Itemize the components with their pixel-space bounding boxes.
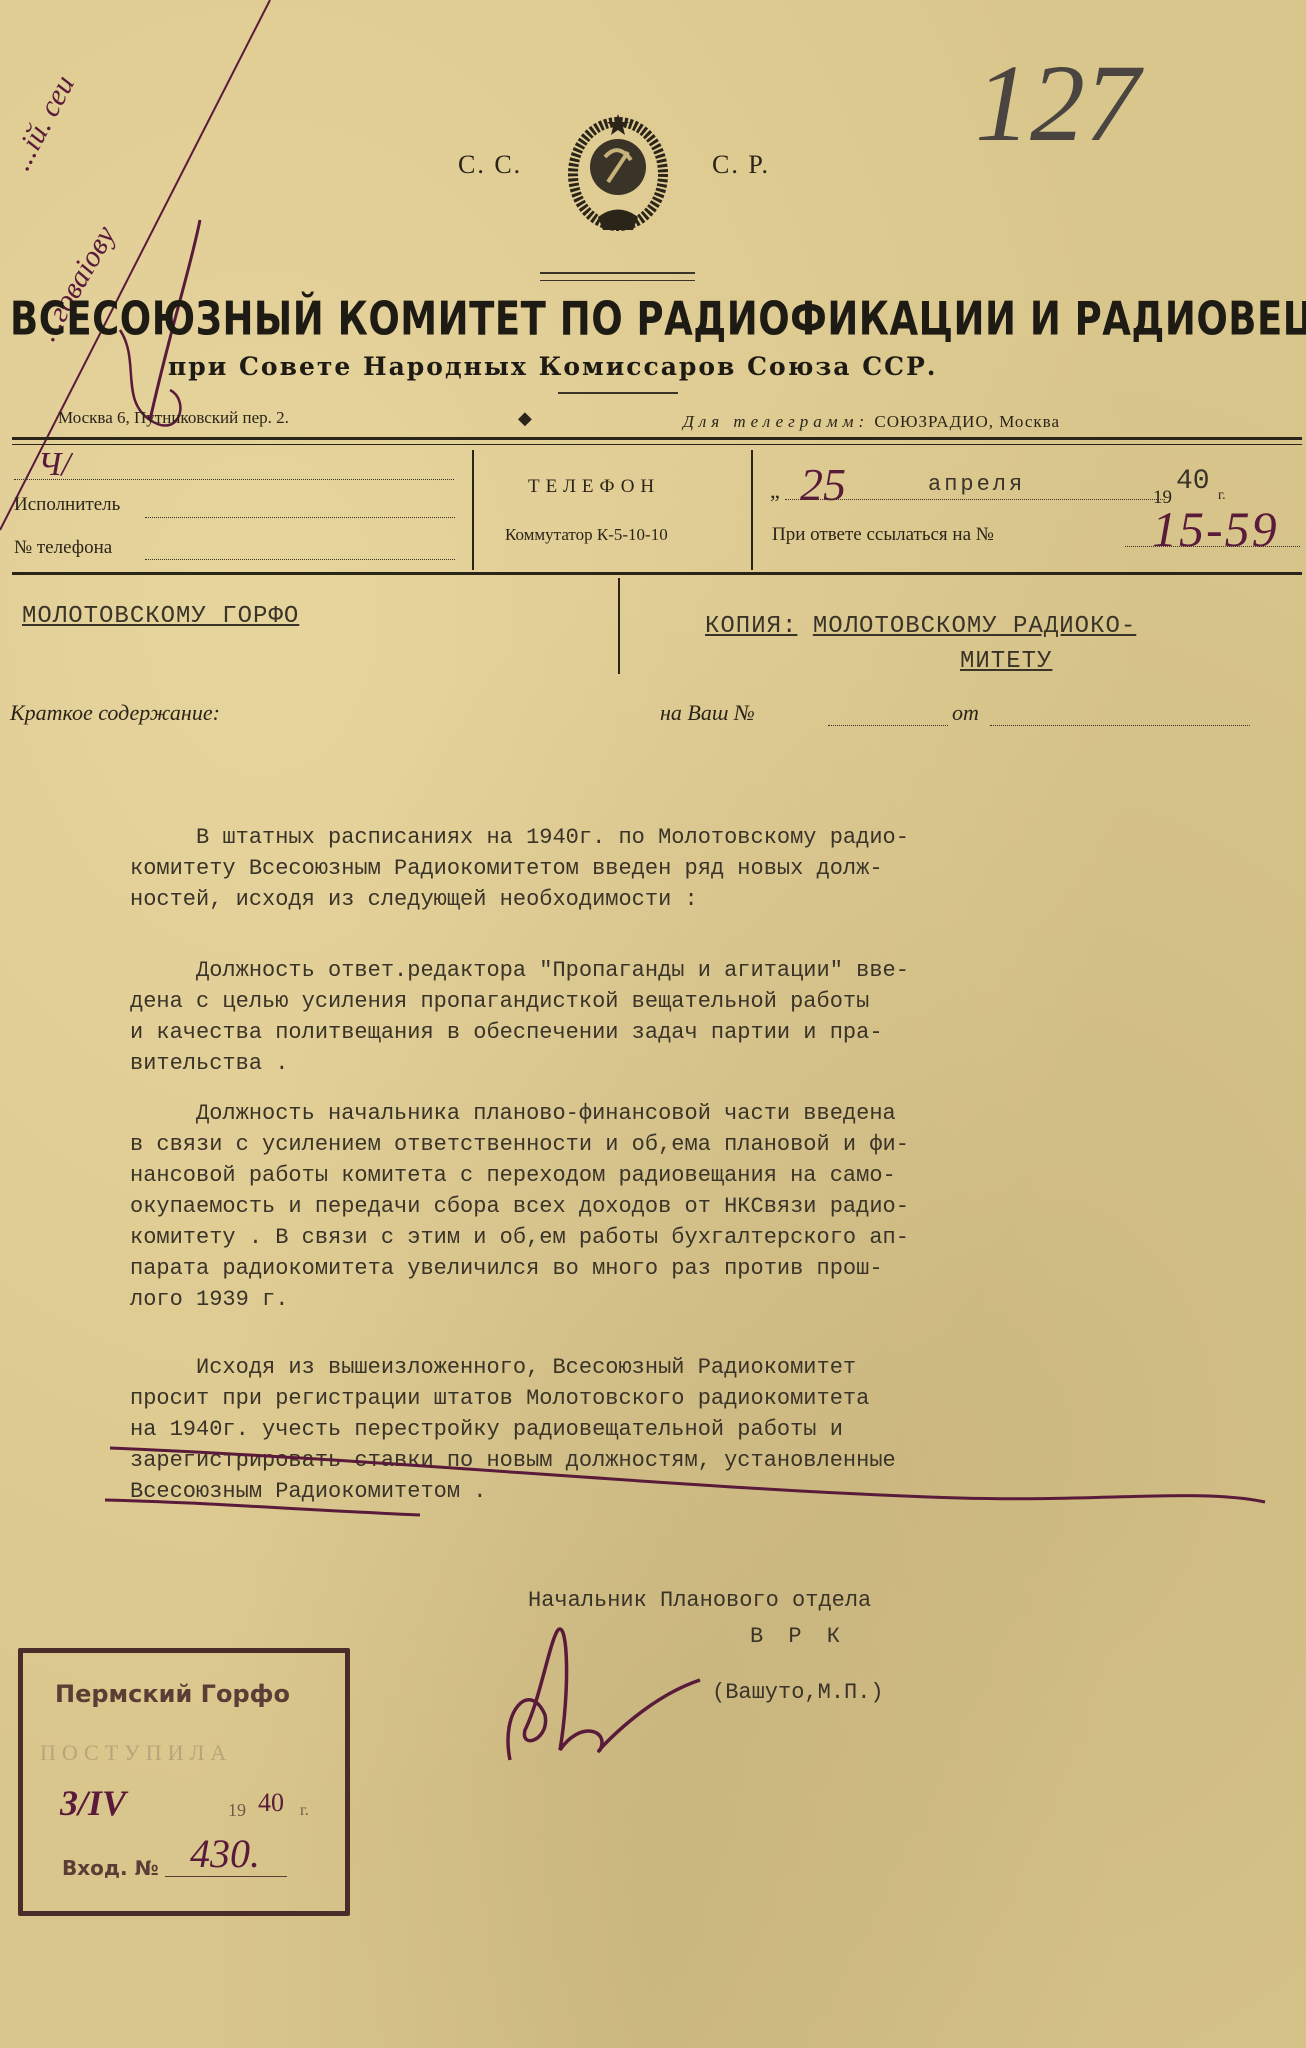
organization-title: ВСЕСОЮЗНЫЙ КОМИТЕТ ПО РАДИОФИКАЦИИ И РАД… — [10, 292, 1260, 346]
phone-label: № телефона — [14, 537, 112, 559]
phone-dotted-line — [145, 558, 455, 560]
date-day: 25 — [800, 458, 846, 511]
stamp-number-line — [165, 1876, 287, 1877]
postal-address: Москва 6, Путниковский пер. 2. — [58, 408, 289, 428]
reply-reference-number: 15-59 — [1152, 500, 1279, 558]
body-paragraph-1: В штатных расписаниях на 1940г. по Молот… — [130, 822, 1270, 915]
handwritten-underline — [0, 1430, 1306, 1520]
signatory-department: В Р К — [750, 1624, 846, 1649]
summary-label: Краткое содержание: — [10, 700, 220, 726]
copy-line-1: МОЛОТОВСКОМУ РАДИОКО- — [813, 613, 1136, 640]
form-divider-1 — [472, 450, 474, 570]
stamp-organization: Пермский Горфо — [55, 1680, 290, 1708]
your-number-dotted-line — [828, 724, 948, 726]
stamp-year-unit: г. — [300, 1802, 309, 1820]
copy-label: КОПИЯ: — [705, 613, 797, 640]
diamond-ornament-icon: ◆ — [518, 408, 532, 429]
ussr-abbrev-right: С. Р. — [712, 150, 770, 180]
your-number-label: на Ваш № — [660, 700, 755, 726]
telegram-address: Для телеграмм: СОЮЗРАДИО, Москва — [683, 412, 1060, 432]
reply-reference-label: При ответе ссылаться на № — [772, 524, 994, 546]
telegram-label: Для телеграмм: — [683, 412, 869, 431]
decorative-rule-small — [558, 392, 678, 394]
decorative-rule — [540, 272, 695, 281]
addressee-primary: МОЛОТОВСКОМУ ГОРФО — [22, 603, 299, 630]
ussr-coat-of-arms-icon — [563, 112, 673, 237]
date-year-suffix: 40 — [1176, 466, 1210, 497]
body-paragraph-2: Должность ответ.редактора "Пропаганды и … — [130, 955, 1270, 1079]
date-open-quote: „ — [770, 478, 780, 504]
telephone-title: ТЕЛЕФОН — [528, 476, 660, 498]
form-rule-bottom — [12, 572, 1302, 575]
stamp-received-date: 3/IV — [60, 1782, 126, 1824]
from-dotted-line — [990, 724, 1250, 726]
telegram-value: СОЮЗРАДИО, Москва — [874, 412, 1060, 431]
stamp-year-suffix: 40 — [258, 1788, 284, 1818]
form-rule-top — [12, 437, 1302, 440]
from-label: от — [952, 700, 979, 726]
date-dotted-line — [785, 498, 1165, 500]
signatory-name: (Вашуто,М.П.) — [712, 1680, 884, 1705]
addressee-copy: КОПИЯ: МОЛОТОВСКОМУ РАДИОКО- — [705, 613, 1136, 640]
organization-subtitle: при Совете Народных Комиссаров Союза ССР… — [168, 352, 938, 381]
executor-dotted-line-1 — [14, 478, 454, 480]
handwritten-signature — [490, 1620, 730, 1780]
executor-dotted-line-2 — [145, 516, 455, 518]
telephone-switchboard: Коммутатор К-5-10-10 — [505, 525, 668, 545]
stamp-received-label: ПОСТУПИЛА — [40, 1740, 232, 1766]
form-divider-2 — [751, 450, 753, 570]
body-paragraph-3: Должность начальника планово-финансовой … — [130, 1098, 1270, 1315]
stamp-incoming-label: Вход. № — [62, 1856, 159, 1880]
ussr-abbrev-left: С. С. — [458, 150, 522, 180]
form-rule-top-thin — [12, 444, 1302, 445]
copy-line-2: МИТЕТУ — [960, 648, 1052, 675]
folio-number: 127 — [975, 40, 1140, 167]
date-month: апреля — [928, 472, 1025, 497]
stamp-incoming-number: 430. — [190, 1830, 260, 1877]
addressee-divider — [618, 578, 620, 674]
executor-label: Исполнитель — [14, 494, 120, 516]
signatory-title: Начальник Планового отдела — [528, 1588, 871, 1613]
stamp-year-prefix: 19 — [228, 1800, 246, 1821]
